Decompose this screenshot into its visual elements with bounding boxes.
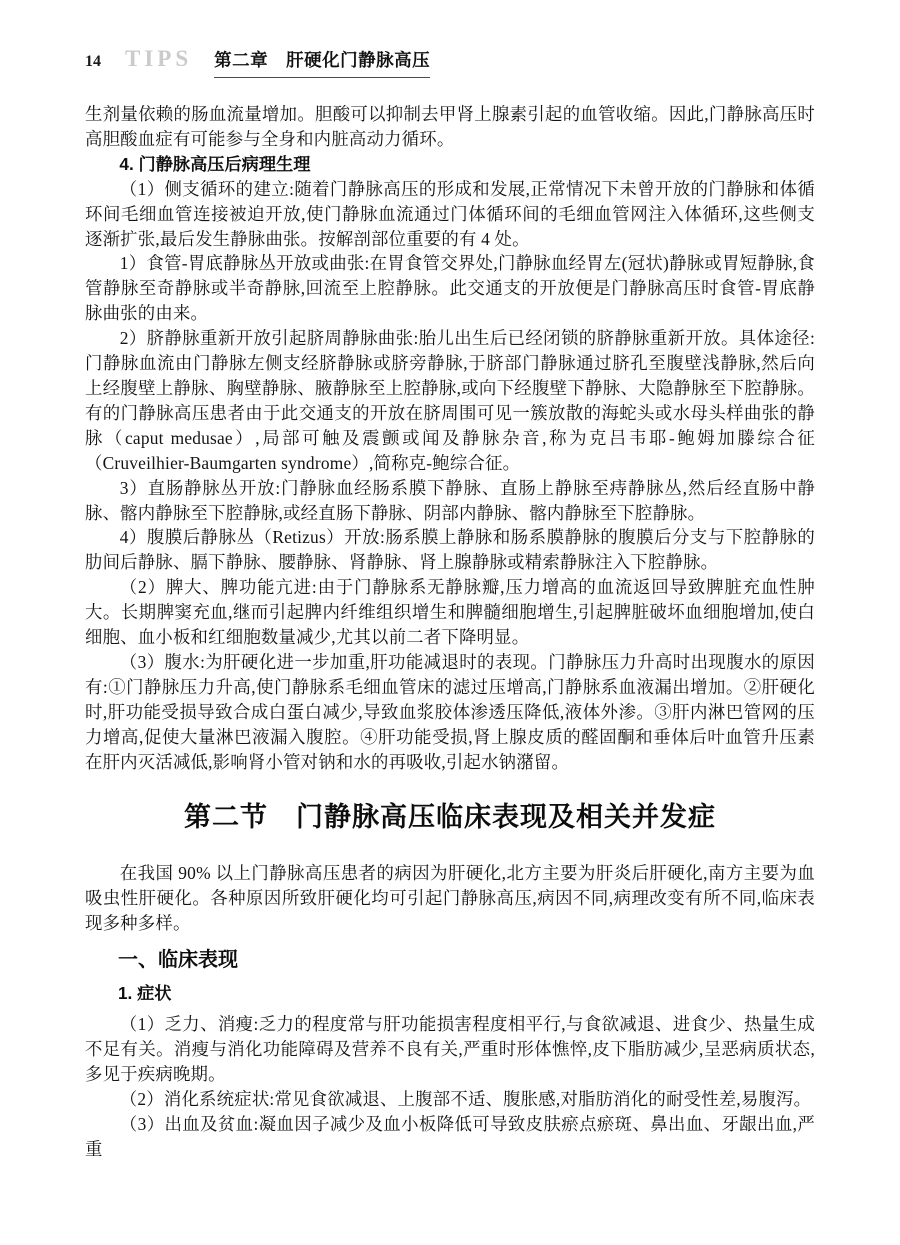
section-title-clinical-manifestations: 第二节 门静脉高压临床表现及相关并发症: [85, 800, 815, 834]
tips-watermark: TIPS: [125, 46, 192, 72]
paragraph-fatigue-emaciation: （1）乏力、消瘦:乏力的程度常与肝功能损害程度相平行,与食欲减退、进食少、热量生…: [85, 1012, 815, 1087]
heading-post-portal-hypertension-pathophysiology: 4. 门静脉高压后病理生理: [85, 152, 815, 177]
chapter-title: 第二章 肝硬化门静脉高压: [214, 47, 430, 78]
paragraph-bile-acid-continuation: 生剂量依赖的肠血流量增加。胆酸可以抑制去甲肾上腺素引起的血管收缩。因此,门静脉高…: [85, 102, 815, 152]
heading-clinical-manifestations: 一、临床表现: [85, 946, 815, 974]
paragraph-retroperitoneal-plexus: 4）腹膜后静脉丛（Retizus）开放:肠系膜上静脉和肠系膜静脉的腹膜后分支与下…: [85, 525, 815, 575]
paragraph-collateral-circulation: （1）侧支循环的建立:随着门静脉高压的形成和发展,正常情况下未曾开放的门静脉和体…: [85, 177, 815, 252]
paragraph-splenomegaly-hypersplenism: （2）脾大、脾功能亢进:由于门静脉系无静脉瓣,压力增高的血流返回导致脾脏充血性肿…: [85, 575, 815, 650]
paragraph-ascites: （3）腹水:为肝硬化进一步加重,肝功能减退时的表现。门静脉压力升高时出现腹水的原…: [85, 650, 815, 775]
book-page: 14 TIPS 第二章 肝硬化门静脉高压 生剂量依赖的肠血流量增加。胆酸可以抑制…: [0, 0, 900, 1245]
heading-symptoms: 1. 症状: [85, 980, 815, 1006]
page-number: 14: [85, 53, 101, 71]
paragraph-etiology-overview: 在我国 90% 以上门静脉高压患者的病因为肝硬化,北方主要为肝炎后肝硬化,南方主…: [85, 861, 815, 936]
paragraph-umbilical-vein-reopening: 2）脐静脉重新开放引起脐周静脉曲张:胎儿出生后已经闭锁的脐静脉重新开放。具体途径…: [85, 326, 815, 475]
paragraph-esophagogastric-varices: 1）食管-胃底静脉丛开放或曲张:在胃食管交界处,门静脉血经胃左(冠状)静脉或胃短…: [85, 251, 815, 326]
paragraph-digestive-symptoms: （2）消化系统症状:常见食欲减退、上腹部不适、腹胀感,对脂肪消化的耐受性差,易腹…: [85, 1087, 815, 1112]
paragraph-bleeding-anemia: （3）出血及贫血:凝血因子减少及血小板降低可导致皮肤瘀点瘀斑、鼻出血、牙龈出血,…: [85, 1112, 815, 1162]
running-head: 14 TIPS 第二章 肝硬化门静脉高压: [85, 46, 815, 76]
paragraph-rectal-venous-plexus: 3）直肠静脉丛开放:门静脉血经肠系膜下静脉、直肠上静脉至痔静脉丛,然后经直肠中静…: [85, 476, 815, 526]
page-body: 生剂量依赖的肠血流量增加。胆酸可以抑制去甲肾上腺素引起的血管收缩。因此,门静脉高…: [85, 102, 815, 1162]
